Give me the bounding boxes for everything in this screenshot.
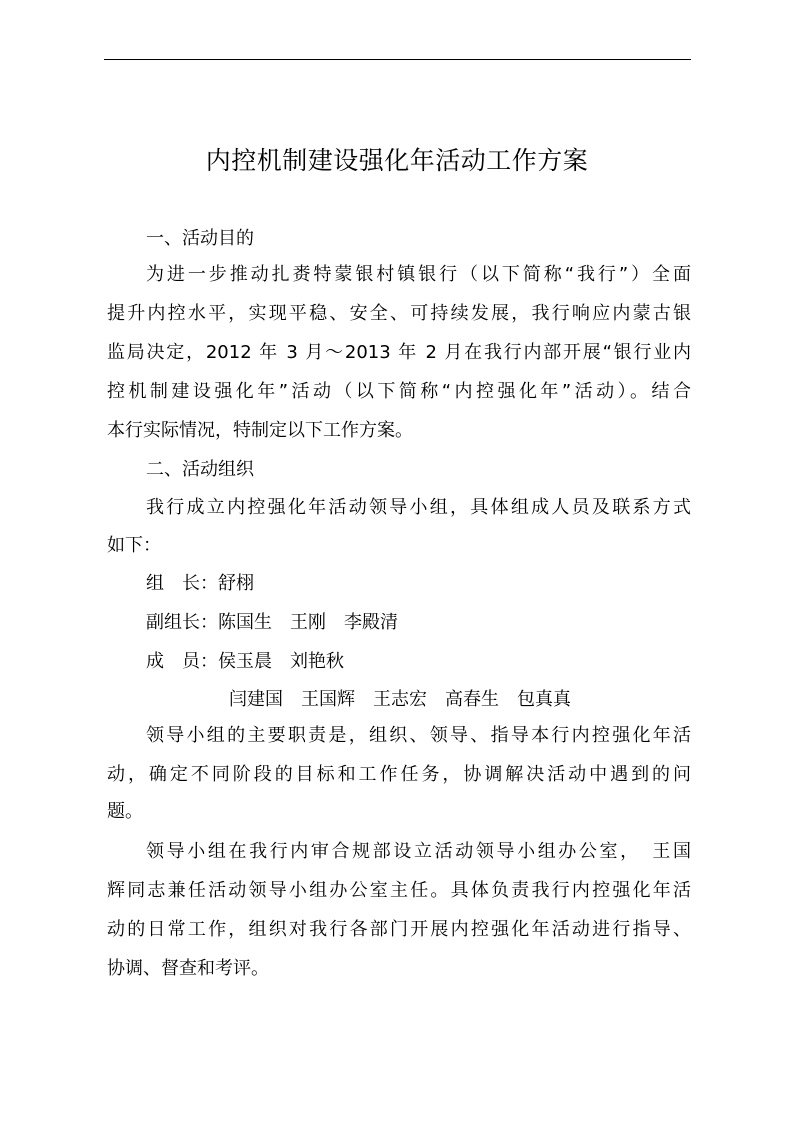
section-heading-purpose: 一、活动目的 (146, 227, 730, 251)
header-rule (104, 59, 691, 60)
roster-deputy: 副组长：陈国生 王刚 李殿清 (146, 611, 730, 635)
roster-members: 成 员：侯玉晨 刘艳秋 (146, 650, 730, 674)
roster-members-continued: 闫建国 王国辉 王志宏 高春生 包真真 (229, 688, 794, 712)
paragraph-line: 领导小组的主要职责是，组织、领导、指导本行内控强化年活 (146, 724, 691, 748)
roster-label: 组 长： (146, 573, 218, 594)
roster-names: 侯玉晨 刘艳秋 (218, 651, 344, 672)
paragraph-line: 动的日常工作，组织对我行各部门开展内控强化年活动进行指导、 (107, 918, 691, 942)
section-heading-organization: 二、活动组织 (146, 458, 730, 482)
paragraph-line: 如下： (107, 534, 691, 558)
paragraph-line: 提升内控水平，实现平稳、安全、可持续发展，我行响应内蒙古银 (107, 302, 691, 326)
roster-leader: 组 长：舒栩 (146, 572, 730, 596)
roster-names: 舒栩 (218, 573, 254, 594)
paragraph-line: 辉同志兼任活动领导小组办公室主任。具体负责我行内控强化年活 (107, 879, 691, 903)
paragraph-line: 动，确定不同阶段的目标和工作任务，协调解决活动中遇到的问 (107, 763, 691, 787)
paragraph-line: 本行实际情况，特制定以下工作方案。 (107, 419, 691, 443)
roster-label: 成 员： (146, 651, 218, 672)
document-title: 内控机制建设强化年活动工作方案 (0, 145, 794, 177)
paragraph-line: 协调、督查和考评。 (107, 957, 691, 981)
roster-label: 副组长： (146, 612, 218, 633)
paragraph-line: 我行成立内控强化年活动领导小组，具体组成人员及联系方式 (146, 496, 691, 520)
paragraph-line: 监局决定，2012 年 3 月～2013 年 2 月在我行内部开展“银行业内 (107, 341, 691, 365)
paragraph-line: 为进一步推动扎赉特蒙银村镇银行（以下简称“我行”）全面 (146, 263, 691, 287)
roster-names: 陈国生 王刚 李殿清 (218, 612, 398, 633)
paragraph-line: 题。 (107, 800, 691, 824)
paragraph-line: 控机制建设强化年”活动（以下简称“内控强化年”活动）。结合 (107, 380, 691, 404)
paragraph-line: 领导小组在我行内审合规部设立活动领导小组办公室， 王国 (146, 840, 691, 864)
